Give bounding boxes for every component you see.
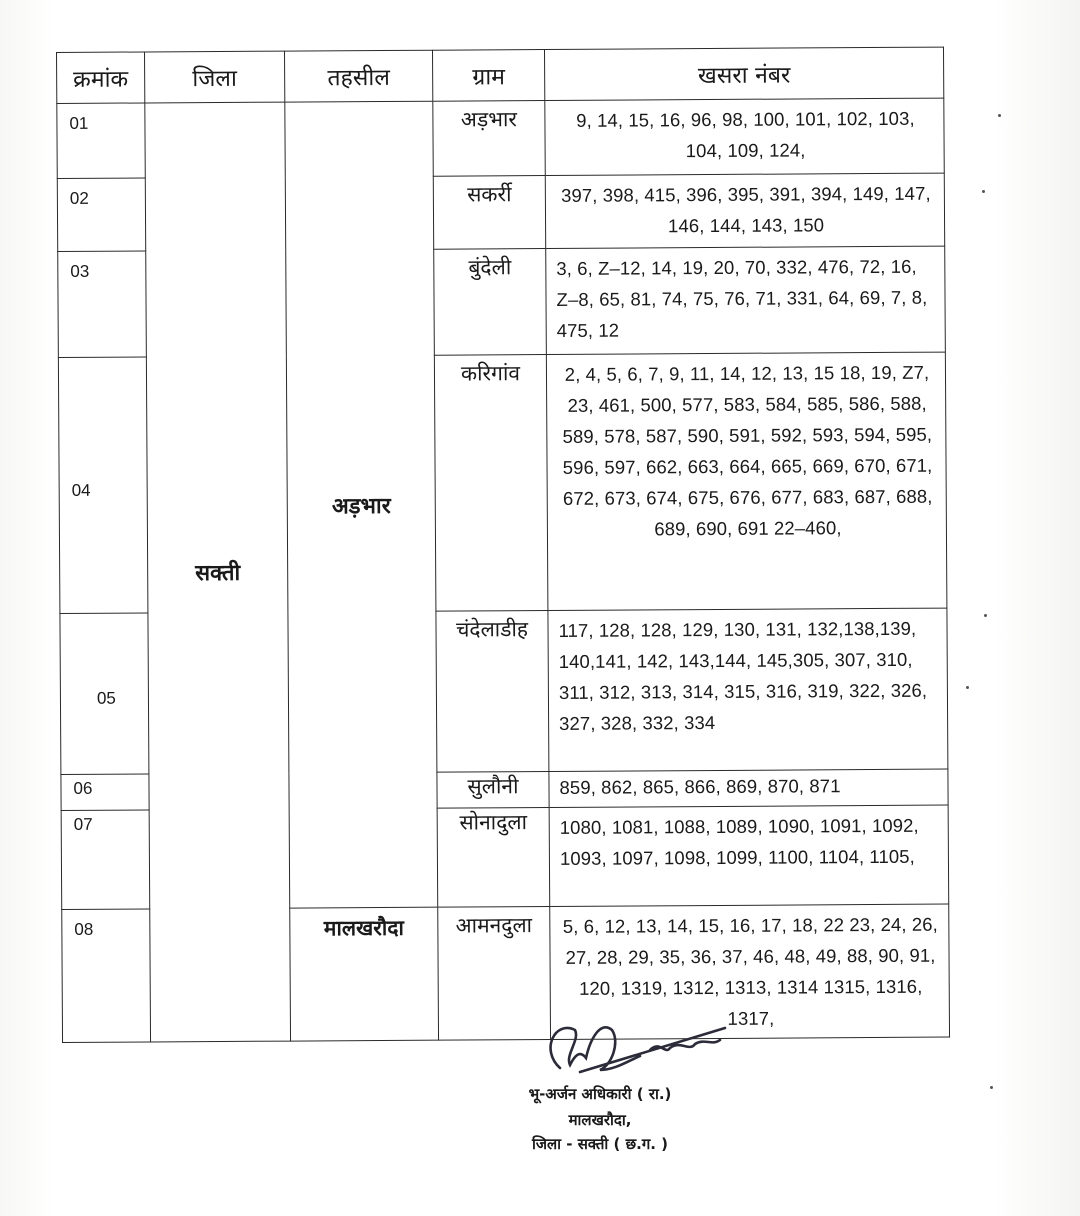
signature-scribble-icon: [520, 1010, 740, 1090]
header-district: जिला: [145, 51, 285, 103]
scan-speck: [990, 1086, 993, 1089]
khasra-cell: 397, 398, 415, 396, 395, 391, 394, 149, …: [545, 173, 944, 248]
tehsil-cell: अड़भार: [285, 101, 438, 908]
signature-block: भू-अर्जन अधिकारी ( रा.) मालखरौदा, जिला -…: [490, 1010, 740, 1160]
scan-speck: [984, 614, 987, 617]
scan-speck: [966, 686, 969, 689]
document-page: क्रमांक जिला तहसील ग्राम खसरा नंबर 01 सक…: [0, 0, 1080, 1216]
khasra-cell: 859, 862, 865, 866, 869, 870, 871: [549, 769, 948, 807]
serial-cell: 05: [60, 613, 149, 775]
khasra-cell: 3, 6, Z–12, 14, 19, 20, 70, 332, 476, 72…: [546, 246, 946, 354]
serial-cell: 03: [58, 251, 147, 358]
village-cell: सकर्री: [433, 176, 545, 250]
khasra-table: क्रमांक जिला तहसील ग्राम खसरा नंबर 01 सक…: [56, 47, 950, 1043]
scan-speck: [982, 190, 985, 193]
khasra-cell: 2, 4, 5, 6, 7, 9, 11, 14, 12, 13, 15 18,…: [546, 352, 947, 610]
village-cell: सुलौनी: [437, 772, 549, 809]
village-cell: अड़भार: [433, 101, 545, 177]
header-khasra: खसरा नंबर: [544, 47, 943, 100]
village-cell: चंदेलाडीह: [436, 611, 549, 773]
village-cell: बुंदेली: [434, 249, 547, 356]
header-tehsil: तहसील: [284, 50, 432, 102]
district-cell: सक्ती: [145, 102, 291, 1042]
khasra-cell: 1080, 1081, 1088, 1089, 1090, 1091, 1092…: [549, 805, 949, 906]
serial-cell: 08: [62, 909, 151, 1043]
serial-cell: 06: [61, 774, 149, 811]
table-header-row: क्रमांक जिला तहसील ग्राम खसरा नंबर: [57, 47, 944, 103]
serial-cell: 07: [61, 810, 150, 910]
scan-speck: [998, 114, 1001, 117]
tehsil-cell: मालखरौदा: [290, 907, 439, 1041]
signatory-designation: भू-अर्जन अधिकारी ( रा.): [500, 1084, 700, 1104]
khasra-cell: 117, 128, 128, 129, 130, 131, 132,138,13…: [548, 608, 948, 771]
village-cell: सोनादुला: [437, 808, 550, 908]
village-cell: करिगांव: [434, 355, 548, 612]
header-village: ग्राम: [432, 50, 544, 102]
header-serial: क्रमांक: [57, 52, 145, 104]
signatory-district: जिला - सक्ती ( छ.ग. ): [500, 1134, 700, 1154]
serial-cell: 01: [57, 103, 145, 179]
serial-cell: 02: [57, 178, 145, 252]
signatory-office: मालखरौदा,: [500, 1110, 700, 1130]
khasra-cell: 9, 14, 15, 16, 96, 98, 100, 101, 102, 10…: [545, 98, 944, 175]
table-row: 01 सक्ती अड़भार अड़भार 9, 14, 15, 16, 96…: [57, 98, 944, 178]
serial-cell: 04: [58, 357, 148, 614]
